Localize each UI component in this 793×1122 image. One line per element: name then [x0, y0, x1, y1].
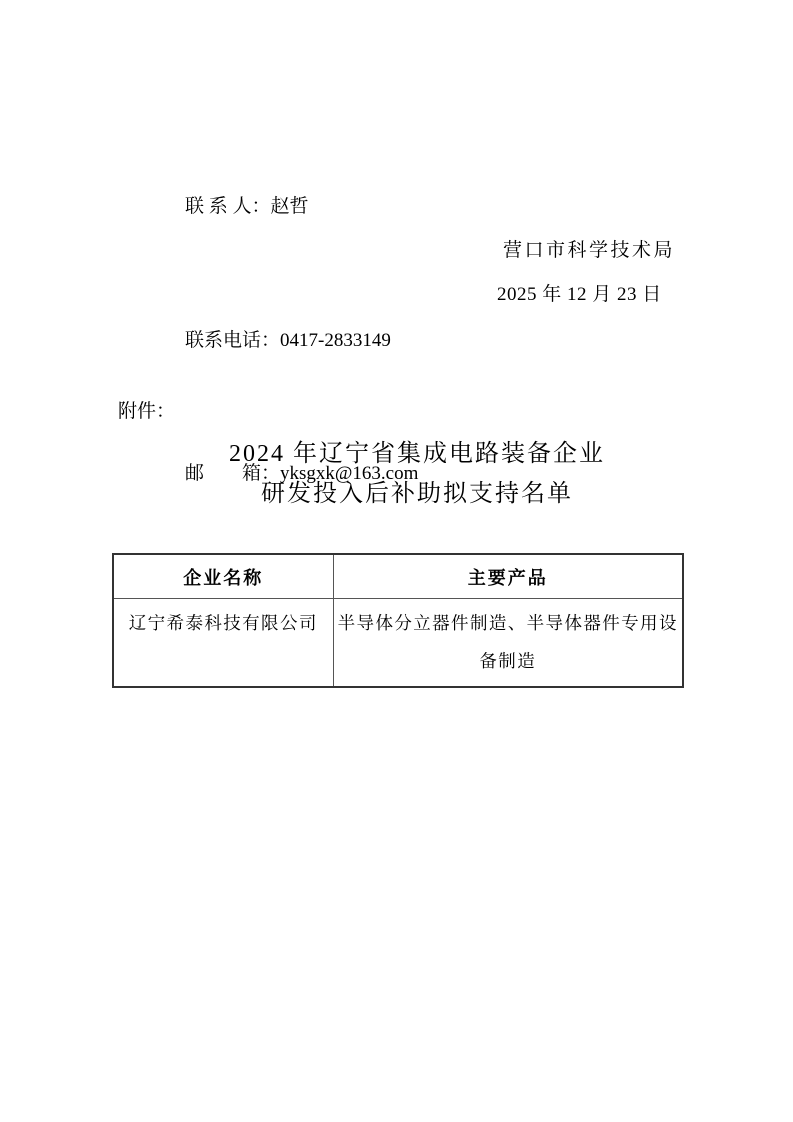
issuing-agency: 营口市科学技术局 [503, 235, 675, 262]
table-header-row: 企业名称 主要产品 [113, 554, 683, 599]
column-header-products: 主要产品 [333, 554, 683, 599]
issue-date: 2025 年 12 月 23 日 [497, 279, 662, 306]
contact-block: 联 系 人：赵哲 联系电话：0417-2833149 邮 箱：yksgxk@16… [185, 96, 418, 586]
contact-person-line: 联 系 人：赵哲 [185, 185, 418, 230]
attachment-title-line2: 研发投入后补助拟支持名单 [41, 473, 793, 508]
attachment-label: 附件： [118, 396, 175, 423]
support-list-table: 企业名称 主要产品 辽宁希泰科技有限公司 半导体分立器件制造、半导体器件专用设备… [112, 553, 684, 688]
column-header-company: 企业名称 [113, 554, 333, 599]
document-page: 联 系 人：赵哲 联系电话：0417-2833149 邮 箱：yksgxk@16… [0, 0, 793, 1122]
contact-phone-line: 联系电话：0417-2833149 [185, 319, 418, 364]
table-row: 辽宁希泰科技有限公司 半导体分立器件制造、半导体器件专用设备制造 [113, 599, 683, 688]
attachment-title-line1: 2024 年辽宁省集成电路装备企业 [41, 433, 793, 468]
company-name-cell: 辽宁希泰科技有限公司 [113, 599, 333, 688]
main-products-cell: 半导体分立器件制造、半导体器件专用设备制造 [333, 599, 683, 688]
